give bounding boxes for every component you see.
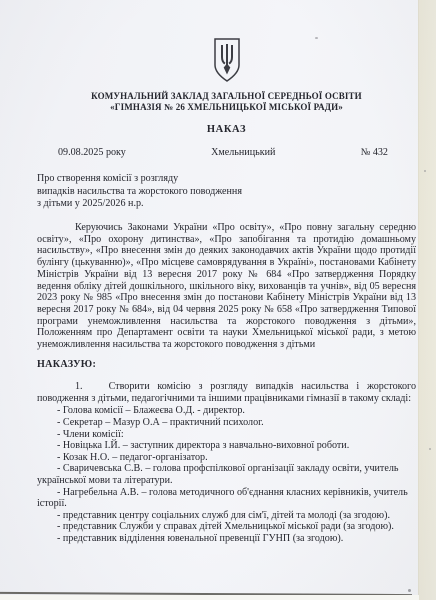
scan-edge-strip (418, 0, 436, 600)
preamble-paragraph: Керуючись Законами України «Про освіту»,… (37, 222, 416, 351)
document-body: КОМУНАЛЬНИЙ ЗАКЛАД ЗАГАЛЬНОЇ СЕРЕДНЬОЇ О… (37, 0, 416, 545)
commission-member-item: - Нагребельна А.В. – голова методичного … (37, 487, 416, 510)
organization-name: КОМУНАЛЬНИЙ ЗАКЛАД ЗАГАЛЬНОЇ СЕРЕДНЬОЇ О… (37, 91, 416, 113)
commission-member-item: - Члени комісії: (37, 429, 416, 441)
commission-member-item: - представник Служби у справах дітей Хме… (37, 521, 416, 533)
date-place-number-row: 09.08.2025 року Хмельницький № 432 (37, 147, 416, 159)
commission-member-item: - Сваричевська С.В. – голова профспілков… (37, 463, 416, 486)
document-place: Хмельницький (211, 147, 275, 159)
scan-speck (424, 170, 426, 172)
commission-member-list: - Голова комісії – Блажеєва О.Д. - дирек… (37, 405, 416, 544)
organization-name-line1: КОМУНАЛЬНИЙ ЗАКЛАД ЗАГАЛЬНОЇ СЕРЕДНЬОЇ О… (37, 91, 416, 102)
order-heading: НАКАЗУЮ: (37, 359, 416, 371)
scan-below-edge-area (0, 595, 419, 600)
subject-line: Про створення комісії з розгляду (37, 173, 416, 185)
commission-member-item: - представник центру соціальних служб дл… (37, 510, 416, 522)
emblem-container (37, 37, 416, 84)
commission-member-item: - Голова комісії – Блажеєва О.Д. - дирек… (37, 405, 416, 417)
scan-speck (429, 448, 431, 450)
document-subject: Про створення комісії з розгляду випадкі… (37, 173, 416, 210)
order-item-1: 1.Створити комісію з розгляду випадків н… (37, 381, 416, 405)
document-number: № 432 (361, 147, 388, 159)
organization-name-line2: «ГІМНАЗІЯ № 26 ХМЕЛЬНИЦЬКОЇ МІСЬКОЇ РАДИ… (37, 102, 416, 113)
commission-member-item: - Секретар – Мазур О.А – практичний псих… (37, 417, 416, 429)
scan-speck (408, 589, 411, 592)
subject-line: випадків насильства та жорстокого поводж… (37, 186, 416, 198)
commission-member-item: - Новіцька І.Й. – заступник директора з … (37, 440, 416, 452)
document-date: 09.08.2025 року (58, 147, 126, 159)
ukraine-trident-icon (212, 37, 242, 84)
document-type-title: НАКАЗ (37, 124, 416, 136)
subject-line: з дітьми у 2025/2026 н.р. (37, 198, 416, 210)
commission-member-item: - представник відділення ювенальної прев… (37, 533, 416, 545)
commission-member-item: - Козак Н.О. – педагог-організатор. (37, 452, 416, 464)
order-item-1-number: 1. (75, 381, 109, 392)
